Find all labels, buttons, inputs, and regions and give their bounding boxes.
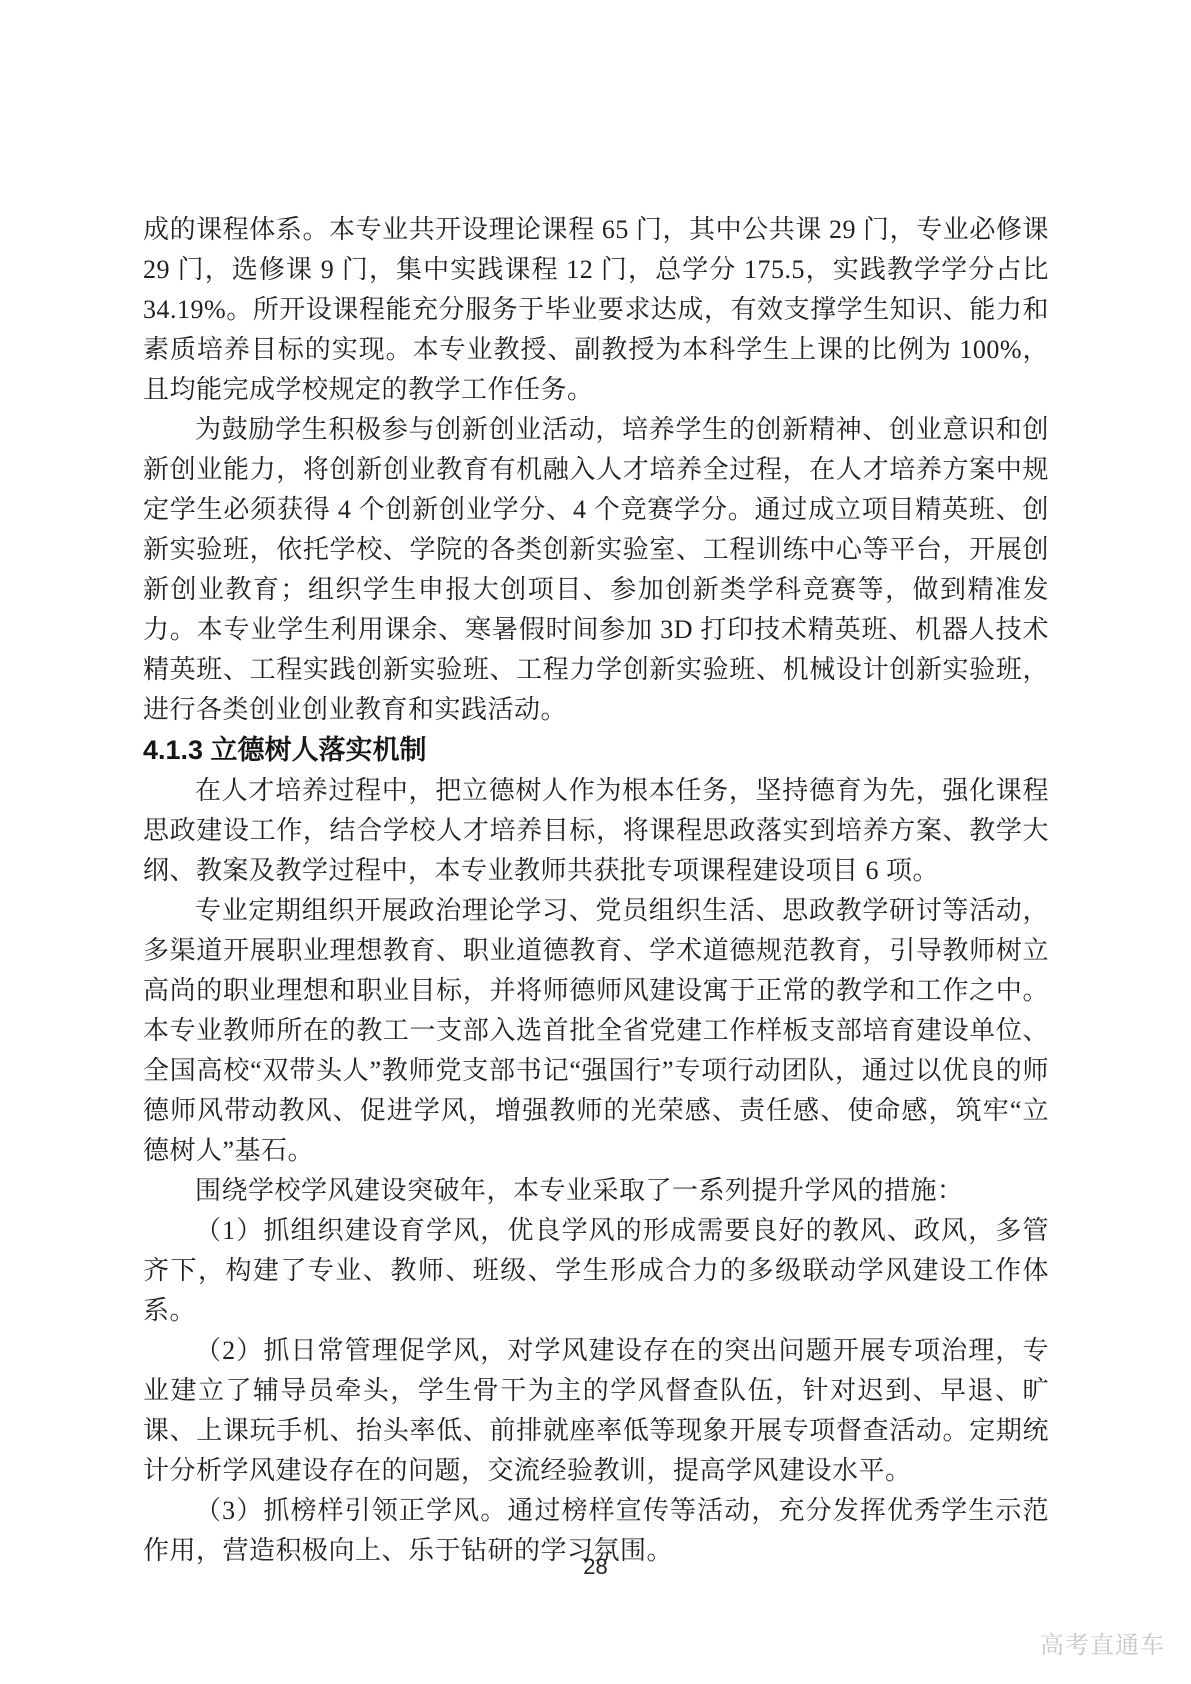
body-paragraph-measure-1: （1）抓组织建设育学风，优良学风的形成需要良好的教风、政风，多管齐下，构建了专业… [143,1211,1049,1331]
body-paragraph-measure-2: （2）抓日常管理促学风，对学风建设存在的突出问题开展专项治理，专业建立了辅导员牵… [143,1331,1049,1491]
body-paragraph-continuation: 成的课程体系。本专业共开设理论课程 65 门，其中公共课 29 门，专业必修课 … [143,210,1049,410]
watermark-gaokao-zhitongche: 高考直通车 [1040,1630,1165,1662]
document-page: 成的课程体系。本专业共开设理论课程 65 门，其中公共课 29 门，专业必修课 … [0,0,1191,1684]
body-paragraph-study-style-intro: 围绕学校学风建设突破年，本专业采取了一系列提升学风的措施： [143,1171,1049,1211]
section-heading-4-1-3: 4.1.3 立德树人落实机制 [143,730,1049,771]
body-paragraph-political-activities: 专业定期组织开展政治理论学习、党员组织生活、思政教学研讨等活动，多渠道开展职业理… [143,891,1049,1171]
page-number: 28 [0,1552,1191,1582]
body-paragraph-lide-shuren: 在人才培养过程中，把立德树人作为根本任务，坚持德育为先，强化课程思政建设工作，结… [143,771,1049,891]
body-paragraph-innovation: 为鼓励学生积极参与创新创业活动，培养学生的创新精神、创业意识和创新创业能力，将创… [143,410,1049,730]
page-content: 成的课程体系。本专业共开设理论课程 65 门，其中公共课 29 门，专业必修课 … [143,210,1049,1571]
